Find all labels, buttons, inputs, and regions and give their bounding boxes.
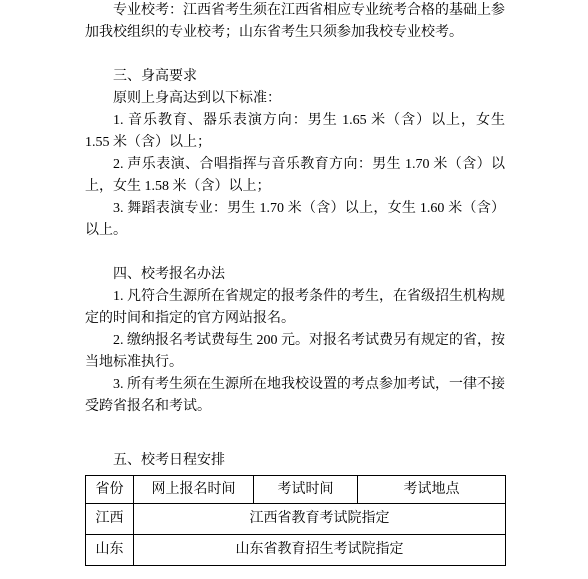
paragraph-registration-item-1: 1. 凡符合生源所在省规定的报考条件的考生，在省级招生机构规定的时间和指定的官方… [85,286,505,330]
schedule-table: 省份 网上报名时间 考试时间 考试地点 江西 江西省教育考试院指定 山东 山东省… [85,475,506,566]
section-heading-registration: 四、校考报名办法 [85,264,505,286]
document-page: 专业校考：江西省考生须在江西省相应专业统考合格的基础上参加我校组织的专业校考；山… [0,0,588,579]
paragraph-registration-item-2: 2. 缴纳报名考试费每生 200 元。对报名考试费另有规定的省，按当地标准执行。 [85,330,505,374]
paragraph-registration-item-3: 3. 所有考生须在生源所在地我校设置的考点参加考试，一律不接受跨省报名和考试。 [85,374,505,418]
header-cell-exam-time: 考试时间 [254,476,358,504]
province-cell: 山东 [86,535,134,566]
header-cell-exam-place: 考试地点 [358,476,506,504]
table-row-jiangxi: 江西 江西省教育考试院指定 [86,504,506,535]
detail-cell: 江西省教育考试院指定 [134,504,506,535]
intro-paragraph: 专业校考：江西省考生须在江西省相应专业统考合格的基础上参加我校组织的专业校考；山… [85,0,505,44]
detail-cell: 山东省教育招生考试院指定 [134,535,506,566]
paragraph-height-item-3: 3. 舞蹈表演专业：男生 1.70 米（含）以上，女生 1.60 米（含）以上。 [85,198,505,242]
section-heading-schedule: 五、校考日程安排 [85,450,505,472]
paragraph-height-intro: 原则上身高达到以下标准： [85,88,505,110]
header-cell-signup-time: 网上报名时间 [134,476,254,504]
header-cell-province: 省份 [86,476,134,504]
province-cell: 江西 [86,504,134,535]
section-heading-height-requirements: 三、身高要求 [85,66,505,88]
paragraph-height-item-2: 2. 声乐表演、合唱指挥与音乐教育方向：男生 1.70 米（含）以上，女生 1.… [85,154,505,198]
schedule-table-header-row: 省份 网上报名时间 考试时间 考试地点 [86,476,506,504]
table-row-shandong: 山东 山东省教育招生考试院指定 [86,535,506,566]
document-content: 专业校考：江西省考生须在江西省相应专业统考合格的基础上参加我校组织的专业校考；山… [85,0,505,566]
paragraph-height-item-1: 1. 音乐教育、器乐表演方向：男生 1.65 米（含）以上，女生 1.55 米（… [85,110,505,154]
